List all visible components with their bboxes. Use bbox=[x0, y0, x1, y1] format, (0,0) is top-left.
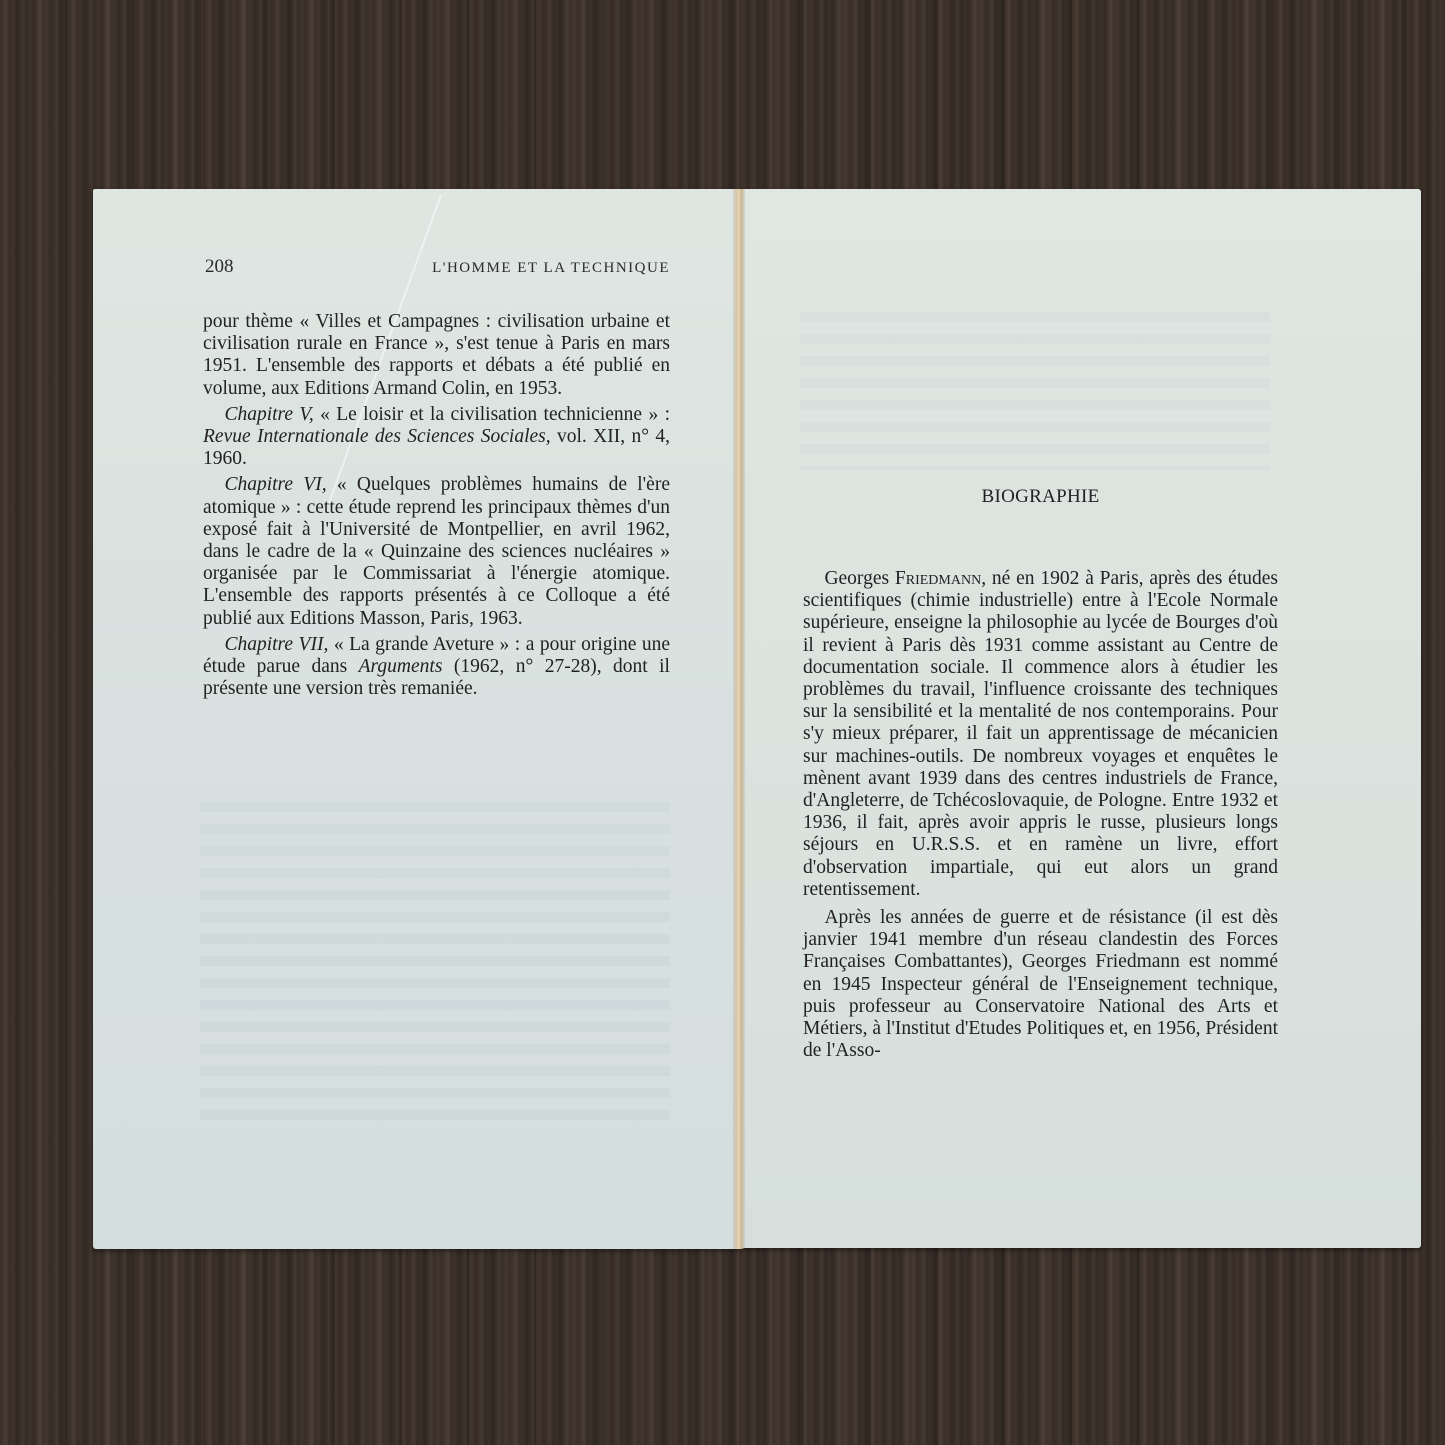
italic-text: Chapitre VII, bbox=[224, 634, 328, 655]
running-head: 208 L'HOMME ET LA TECHNIQUE bbox=[205, 256, 670, 278]
show-through-text-right bbox=[800, 300, 1270, 470]
running-head-title: L'HOMME ET LA TECHNIQUE bbox=[432, 260, 670, 277]
body-text: , né en 1902 à Paris, après des études s… bbox=[803, 568, 1278, 900]
body-text: « Quelques problèmes humains de l'ère at… bbox=[203, 474, 670, 628]
italic-text: Revue Internationale des Sciences Social… bbox=[203, 426, 551, 447]
italic-text: Chapitre V, bbox=[224, 404, 313, 425]
author-name: Friedmann bbox=[895, 568, 981, 589]
paragraph: Chapitre VII, « La grande Aveture » : a … bbox=[203, 634, 670, 701]
paragraph: pour thème « Villes et Campagnes : civil… bbox=[203, 311, 670, 400]
page-number: 208 bbox=[205, 256, 234, 278]
left-page-body: pour thème « Villes et Campagnes : civil… bbox=[203, 311, 670, 700]
paragraph: Georges Friedmann, né en 1902 à Paris, a… bbox=[803, 568, 1278, 901]
paragraph: Chapitre VI, « Quelques problèmes humain… bbox=[203, 474, 670, 629]
body-text: pour thème « Villes et Campagnes : civil… bbox=[203, 311, 670, 399]
body-text: Georges bbox=[824, 568, 894, 589]
italic-text: Chapitre VI, bbox=[224, 474, 326, 495]
paragraph: Chapitre V, « Le loisir et la civilisati… bbox=[203, 404, 670, 471]
body-text: Après les années de guerre et de résista… bbox=[803, 907, 1278, 1061]
right-page-body: Georges Friedmann, né en 1902 à Paris, a… bbox=[803, 568, 1278, 1062]
book-spine bbox=[733, 189, 745, 1249]
section-title: BIOGRAPHIE bbox=[803, 486, 1278, 508]
body-text: « Le loisir et la civilisation techni­ci… bbox=[314, 404, 670, 425]
italic-text: Arguments bbox=[359, 656, 443, 677]
paragraph: Après les années de guerre et de résista… bbox=[803, 907, 1278, 1062]
